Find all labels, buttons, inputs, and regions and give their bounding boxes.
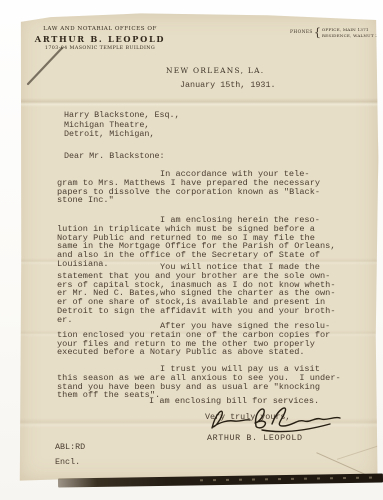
phones-label: PHONES: [290, 30, 313, 35]
handwritten-signature: [204, 402, 350, 436]
phone-residence: RESIDENCE, WALNUT 2363: [322, 33, 383, 38]
reference-initials: ABL:RD: [55, 442, 85, 452]
letterhead-address: 1703-04 MASONIC TEMPLE BUILDING: [32, 46, 168, 51]
date-line: January 15th, 1931.: [180, 80, 276, 90]
letterhead-office-line: LAW AND NOTARIAL OFFICES OF: [32, 26, 168, 32]
letterhead-phones: PHONES { OFFICE, MAIN 1371 RESIDENCE, WA…: [290, 27, 383, 38]
salutation: Dear Mr. Blackstone:: [64, 151, 165, 161]
letterhead: LAW AND NOTARIAL OFFICES OF ARTHUR B. LE…: [32, 26, 168, 51]
letterhead-city-line: NEW ORLEANS, LA.: [166, 66, 264, 75]
body-paragraph: I trust you will pay us a visit this sea…: [57, 365, 341, 400]
letter-photograph: LAW AND NOTARIAL OFFICES OF ARTHUR B. LE…: [0, 0, 383, 500]
body-paragraph: After you have signed the resolu- tion e…: [57, 322, 330, 357]
letter-sheet: LAW AND NOTARIAL OFFICES OF ARTHUR B. LE…: [18, 12, 379, 482]
fold-crease: [18, 98, 379, 107]
wrinkle-line: [337, 445, 379, 460]
typed-signature-name: ARTHUR B. LEOPOLD: [207, 433, 303, 443]
phones-list: OFFICE, MAIN 1371 RESIDENCE, WALNUT 2363: [322, 27, 383, 37]
body-paragraph: In accordance with your tele- gram to Mr…: [57, 170, 320, 205]
brace-glyph: {: [314, 27, 321, 38]
body-paragraph: I am enclosing herein the reso- lution i…: [57, 216, 335, 269]
recipient-address: Harry Blackstone, Esq., Michigan Theatre…: [64, 111, 180, 140]
letterhead-name: ARTHUR B. LEOPOLD: [32, 34, 168, 44]
enclosure-note: Encl.: [55, 457, 80, 467]
body-paragraph: You will notice that I made the statemen…: [57, 263, 335, 325]
